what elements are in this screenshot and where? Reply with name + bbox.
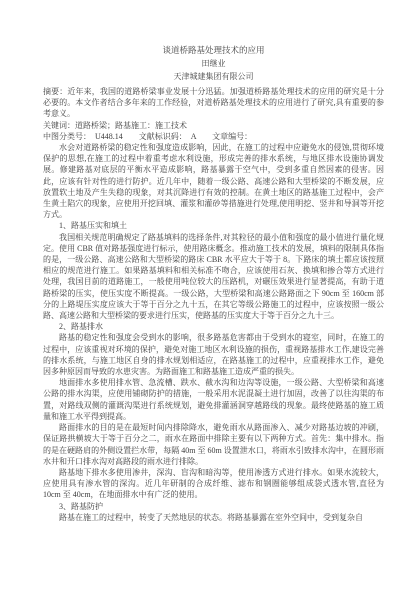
- abstract-line: 摘要：近年来，我国的道路桥梁事业发展十分迅猛。加强道桥路基处理技术的应用的研究是…: [43, 86, 384, 120]
- body-paragraph: 路基的稳定性和强度会受到水的影响，很多路基危害都由于受到水的寝室，同时，在施工的…: [43, 332, 384, 377]
- body-paragraph: 路基在施工的过程中，转变了天然地层的状态。将路基暴露在室外空间中，受到复杂自: [43, 512, 384, 523]
- body-paragraph: 地面排水多使用排水管、急流槽、跌水、截水沟和边沟等设施，一级公路、大型桥梁和高速…: [43, 377, 384, 422]
- document-author: 田继业: [43, 57, 384, 70]
- body-paragraph: 路基地下排水多使用渗井，深沟、盲沟和暗沟等，使用渗透方式进行排水。如果水流较大，…: [43, 467, 384, 501]
- section-heading-2: 2、路基排水: [43, 321, 384, 332]
- document-page: 谈道桥路基处理技术的应用 田继业 天津城建集团有限公司 摘要：近年来，我国的道路…: [0, 0, 417, 590]
- keywords-line: 关键词：道路桥梁；路基施工：施工技术: [43, 120, 384, 131]
- body-paragraph: 水会对道路桥梁的稳定性和强度造成影响，因此，在施工的过程中应避免水的侵蚀,贯彻环…: [43, 142, 384, 220]
- body-paragraph: 路面排水的目的是在最短时间内排除降水，避免雨水从路面渗入、减少对路基边坡的冲刷，…: [43, 422, 384, 467]
- document-title: 谈道桥路基处理技术的应用: [43, 44, 384, 57]
- document-organization: 天津城建集团有限公司: [43, 70, 384, 83]
- body-paragraph: 我国相关规范明确规定了路基填料的选择条件,对其粒径的最小值和强度的最小值进行量化…: [43, 232, 384, 322]
- classification-line: 中图分类号： U448.14 文献标识码： A 文章编号：: [43, 131, 384, 142]
- section-heading-1: 1、路基压实和填土: [43, 220, 384, 231]
- section-heading-3: 3、路基防护: [43, 501, 384, 512]
